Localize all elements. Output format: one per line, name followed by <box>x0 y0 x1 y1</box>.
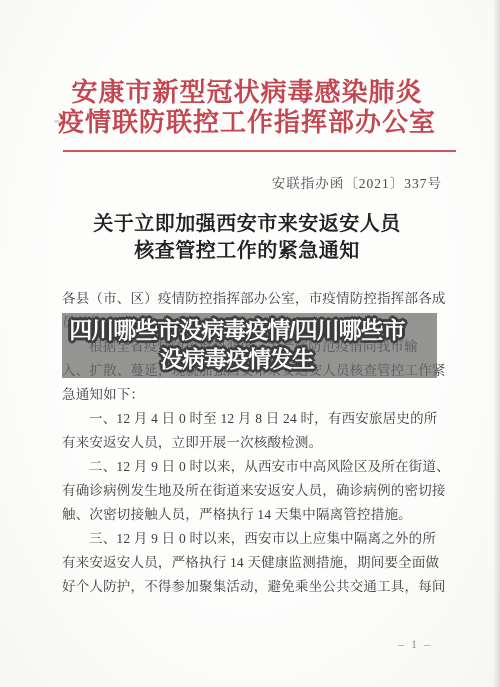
caption-line2: 没病毒疫情发生 <box>42 345 432 374</box>
body-line: 好个人防护，不得参加聚集活动，避免乘坐公共交通工具，每间 <box>62 575 442 599</box>
scan-edge-shadow <box>493 0 500 687</box>
body-line: 触、次密切接触人员，严格执行 14 天集中隔离管控措施。 <box>62 503 442 527</box>
caption-text: 四川哪些市没病毒疫情/四川哪些市 没病毒疫情发生 <box>42 316 432 374</box>
body-line: 急通知如下： <box>62 383 442 407</box>
document-title: 关于立即加强西安市来安返安人员 核查管控工作的紧急通知 <box>0 211 494 265</box>
letterhead-divider <box>63 150 456 152</box>
document-title-line2: 核查管控工作的紧急通知 <box>0 238 494 265</box>
body-line: 有来安返安人员，立即开展一次核酸检测。 <box>62 431 442 455</box>
body-line: 有来安返安人员，严格执行 14 天健康监测措施，期间要全面做 <box>62 551 442 575</box>
letterhead-line2: 疫情联防联控工作指挥部办公室 <box>0 108 494 138</box>
document-title-line1: 关于立即加强西安市来安返安人员 <box>0 211 494 238</box>
body-line: 三、12 月 9 日 0 时以来，西安市以上应集中隔离之外的所 <box>62 527 442 551</box>
scan-speck <box>54 120 60 123</box>
body-line: 一、12 月 4 日 0 时至 12 月 8 日 24 时，有西安旅居史的所 <box>62 407 442 431</box>
page-number: – 1 – <box>398 637 432 652</box>
caption-line1: 四川哪些市没病毒疫情/四川哪些市 <box>42 316 432 345</box>
document-number: 安联指办函〔2021〕337号 <box>60 172 442 192</box>
body-line: 各县（市、区）疫情防控指挥部办公室，市疫情防控指挥部各成 <box>62 287 442 311</box>
body-line: 有确诊病例发生地及所在街道来安返安人员，确诊病例的密切接 <box>62 479 442 503</box>
scanned-document-page: 安康市新型冠状病毒感染肺炎 疫情联防联控工作指挥部办公室 安联指办函〔2021〕… <box>0 0 500 687</box>
letterhead: 安康市新型冠状病毒感染肺炎 疫情联防联控工作指挥部办公室 <box>0 78 494 138</box>
letterhead-line1: 安康市新型冠状病毒感染肺炎 <box>0 78 494 108</box>
body-line: 二、12 月 9 日 0 时以来，从西安市中高风险区及所在街道、 <box>62 455 442 479</box>
